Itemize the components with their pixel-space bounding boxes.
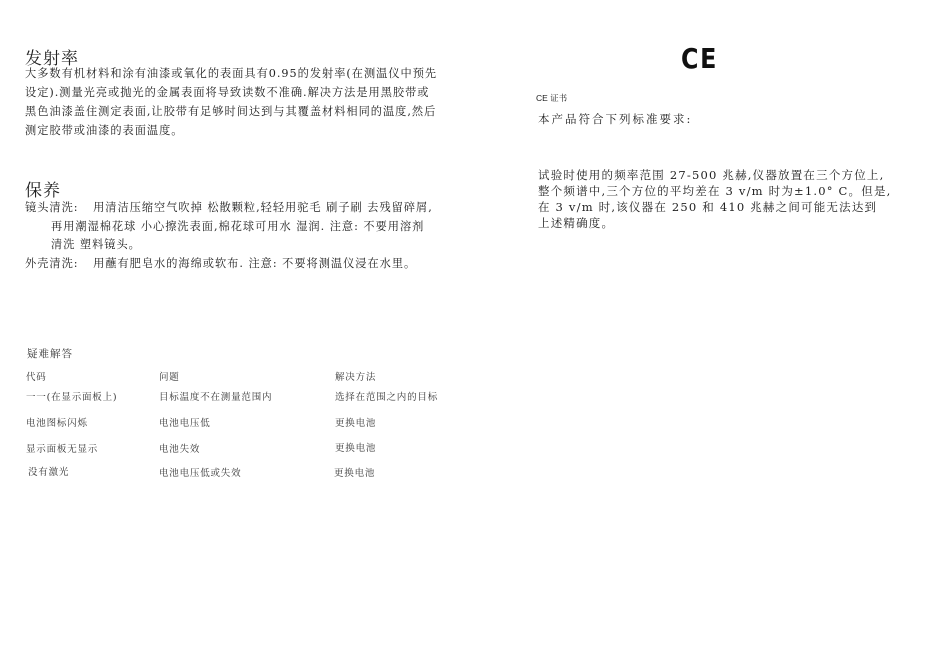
table-header-code: 代码 [26,369,47,383]
table-cell-solution: 更换电池 [335,415,376,429]
maintenance-section: 镜头清洗: 用清洁压缩空气吹掉 松散颗粒,轻轻用驼毛 刷子刷 去残留碎屑, 再用… [25,199,433,273]
ce-mark-logo: CE [681,42,718,75]
lens-cleaning-label: 镜头清洗: [25,201,79,214]
lens-cleaning-text: 再用潮湿棉花球 小心擦洗表面,棉花球可用水 湿润. 注意: 不要用溶剂 [25,218,433,237]
emissivity-line: 大多数有机材料和涂有油漆或氧化的表面具有0.95的发射率(在测温仪中预先 [25,64,437,83]
lens-cleaning-text: 清洗 塑料镜头。 [25,236,433,255]
table-cell-code: 没有激光 [28,464,69,478]
standards-requirement: 本产品符合下列标准要求: [538,111,692,127]
emissivity-paragraph: 大多数有机材料和涂有油漆或氧化的表面具有0.95的发射率(在测温仪中预先 设定)… [25,64,437,140]
frequency-paragraph: 试验时使用的频率范围 27-500 兆赫,仪器放置在三个方位上, 整个频谱中,三… [538,167,892,231]
table-cell-code: 一一(在显示面板上) [26,389,117,403]
frequency-line: 在 3 v/m 时,该仪器在 250 和 410 兆赫之间可能无法达到 [538,199,892,215]
table-cell-problem: 电池失效 [159,441,200,455]
table-header-solution: 解决方法 [335,369,376,383]
table-cell-code: 显示面板无显示 [26,441,98,455]
case-cleaning-line: 外壳清洗: 用蘸有肥皂水的海绵或软布. 注意: 不要将测温仪浸在水里。 [25,255,433,274]
case-cleaning-label: 外壳清洗: [25,257,79,270]
troubleshooting-title: 疑难解答 [27,346,73,361]
frequency-line: 试验时使用的频率范围 27-500 兆赫,仪器放置在三个方位上, [538,167,892,183]
ce-certificate-label: CE 证书 [536,92,567,104]
table-cell-solution: 选择在范围之内的目标 [335,389,438,403]
frequency-line: 整个频谱中,三个方位的平均差在 3 v/m 时为±1.0° C。但是, [538,183,892,199]
table-cell-problem: 电池电压低 [159,415,211,429]
table-header-problem: 问题 [159,369,180,383]
emissivity-line: 设定).测量光亮或抛光的金属表面将导致读数不准确.解决方法是用黑胶带或 [25,83,437,102]
table-cell-code: 电池图标闪烁 [26,415,88,429]
maintenance-title: 保养 [25,176,61,201]
emissivity-line: 测定胶带或油漆的表面温度。 [25,121,437,140]
table-cell-solution: 更换电池 [335,440,376,454]
emissivity-line: 黑色油漆盖住测定表面,让胶带有足够时间达到与其覆盖材料相同的温度,然后 [25,102,437,121]
lens-cleaning-text: 用清洁压缩空气吹掉 松散颗粒,轻轻用驼毛 刷子刷 去残留碎屑, [93,201,433,214]
table-cell-solution: 更换电池 [334,465,375,479]
table-cell-problem: 电池电压低或失效 [159,465,241,479]
lens-cleaning-line: 镜头清洗: 用清洁压缩空气吹掉 松散颗粒,轻轻用驼毛 刷子刷 去残留碎屑, [25,199,433,218]
frequency-line: 上述精确度。 [538,215,892,231]
table-cell-problem: 目标温度不在测量范围内 [159,389,272,403]
case-cleaning-text: 用蘸有肥皂水的海绵或软布. 注意: 不要将测温仪浸在水里。 [93,257,416,270]
